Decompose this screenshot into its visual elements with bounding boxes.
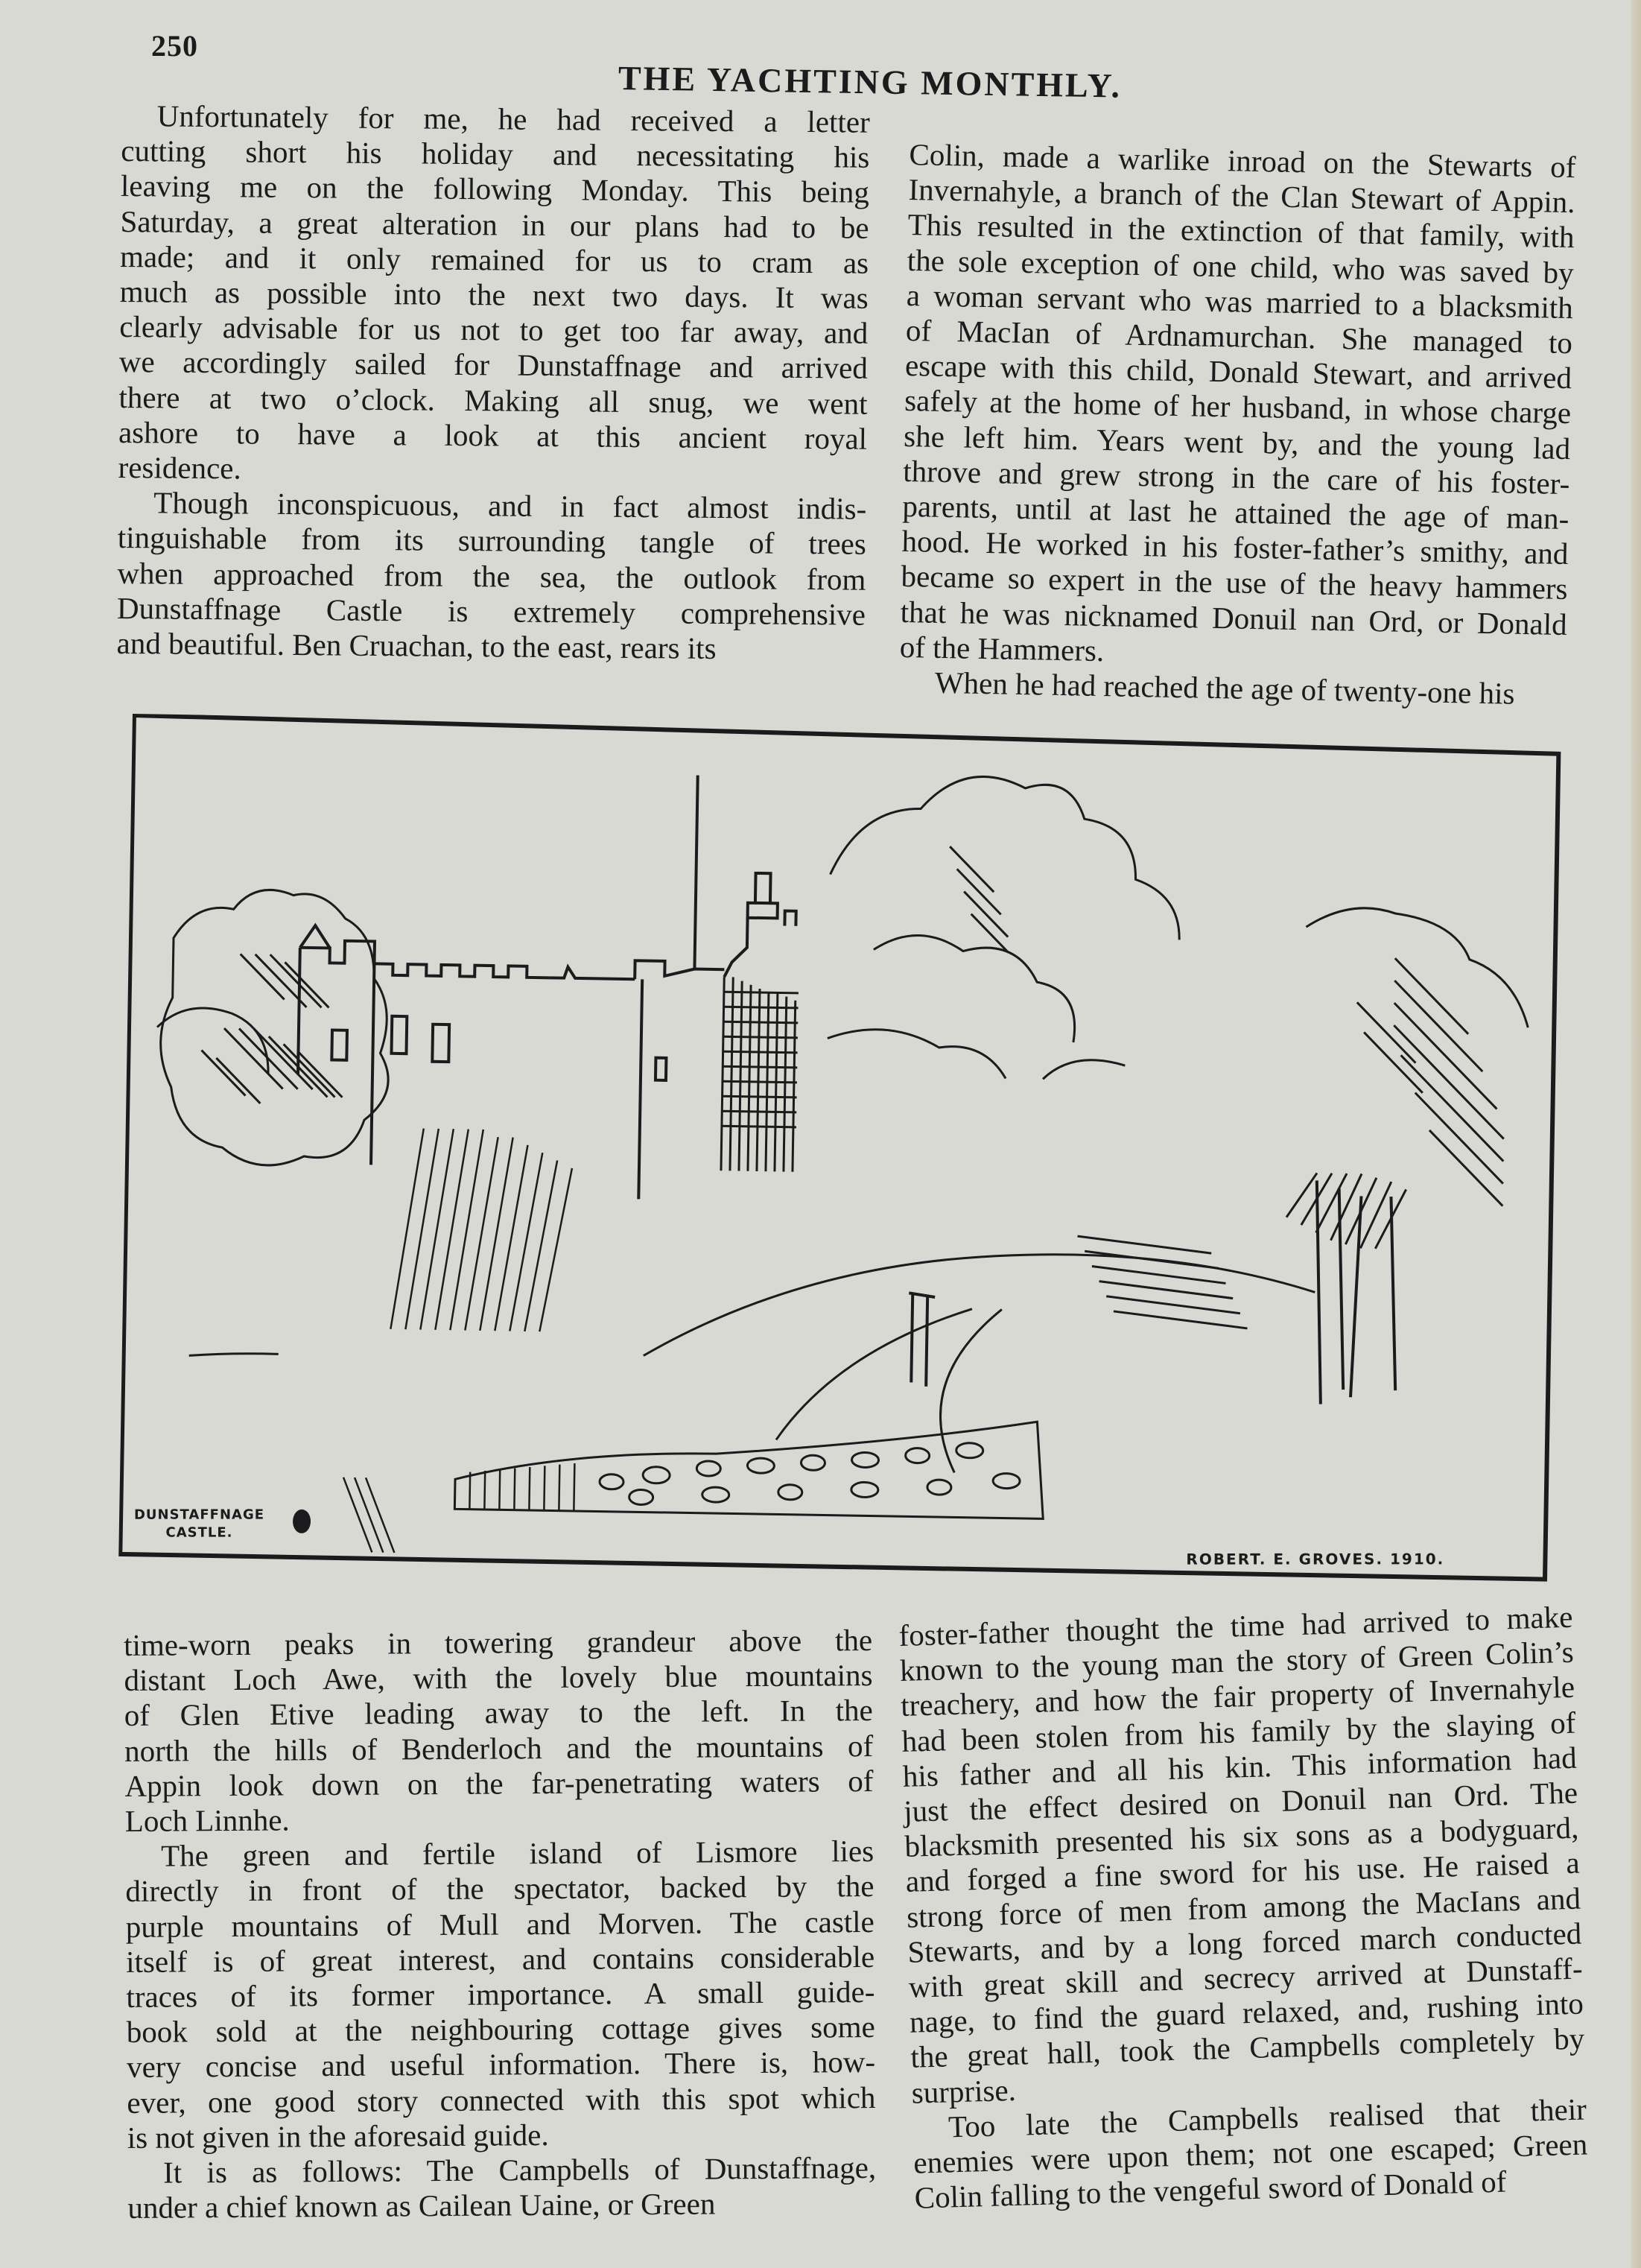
text-line: It is as follows: The Campbells of Dunst…	[127, 2150, 876, 2191]
text-line: distant Loch Awe, with the lovely blue m…	[124, 1658, 872, 1698]
page-number: 250	[151, 28, 198, 63]
paragraph: The green and fertile island of Lismore …	[125, 1834, 876, 2155]
text-line: and beautiful. Ben Cruachan, to the east…	[116, 626, 865, 668]
text-line: time-worn peaks in towering grandeur abo…	[124, 1623, 872, 1663]
text-line: leaving me on the following Monday. This…	[121, 168, 869, 210]
paragraph: It is as follows: The Campbells of Dunst…	[127, 2150, 877, 2226]
paragraph: Unfortunately for me, he had received a …	[118, 98, 869, 492]
castle-drawing-icon	[118, 714, 1563, 1594]
text-line: Appin look down on the far-penetrating w…	[124, 1764, 873, 1804]
paragraph: foster-father thought the time had arriv…	[898, 1600, 1586, 2111]
column-top-left: Unfortunately for me, he had received a …	[116, 98, 870, 668]
paragraph: Though inconspicuous, and in fact almost…	[116, 485, 866, 668]
paragraph: Too late the Campbells realised that the…	[912, 2091, 1589, 2216]
illustration-caption-title: DUNSTAFFNAGE CASTLE.	[134, 1507, 264, 1542]
text-line: Loch Linnhe.	[125, 1799, 874, 1839]
text-line: ever, one good story connected with this…	[127, 2080, 875, 2120]
running-title: THE YACHTING MONTHLY.	[618, 58, 1123, 106]
text-line: tinguishable from its surrounding tangle…	[118, 520, 866, 562]
artist-signature: ROBERT. E. GROVES. 1910.	[1187, 1550, 1445, 1568]
paragraph: time-worn peaks in towering grandeur abo…	[124, 1623, 874, 1839]
text-line: there at two o’clock. Making all snug, w…	[118, 380, 867, 422]
text-line: itself is of great interest, and contain…	[126, 1939, 875, 1980]
column-top-right: Colin, made a warlike inroad on the Stew…	[899, 137, 1576, 712]
text-line: directly in front of the spectator, back…	[125, 1869, 874, 1909]
text-line: The green and fertile island of Lismore …	[125, 1834, 874, 1874]
text-line: traces of its former importance. A small…	[126, 1974, 875, 2015]
text-line: when approached from the sea, the outloo…	[117, 556, 866, 598]
text-line: Saturday, a great alteration in our plan…	[120, 204, 869, 246]
text-line: book sold at the neighbouring cottage gi…	[127, 2009, 875, 2050]
column-bottom-left: time-worn peaks in towering grandeur abo…	[124, 1623, 877, 2226]
text-line: is not given in the aforesaid guide.	[127, 2115, 876, 2155]
column-bottom-right: foster-father thought the time had arriv…	[898, 1600, 1589, 2216]
text-line: north the hills of Benderloch and the mo…	[124, 1729, 873, 1769]
text-line: of Glen Etive leading away to the left. …	[124, 1693, 873, 1733]
text-line: under a chief known as Cailean Uaine, or…	[127, 2185, 876, 2226]
text-line: very concise and useful information. The…	[127, 2044, 875, 2085]
caption-line-2: CASTLE.	[134, 1524, 264, 1542]
paragraph: Colin, made a warlike inroad on the Stew…	[899, 137, 1575, 677]
caption-line-1: DUNSTAFFNAGE	[134, 1507, 264, 1524]
text-line: purple mountains of Mull and Morven. The…	[126, 1904, 875, 1945]
castle-illustration: DUNSTAFFNAGE CASTLE. ROBERT. E. GROVES. …	[118, 714, 1563, 1594]
page-edge	[1631, 0, 1641, 2268]
text-line: we accordingly sailed for Dunstaffnage a…	[119, 344, 868, 386]
